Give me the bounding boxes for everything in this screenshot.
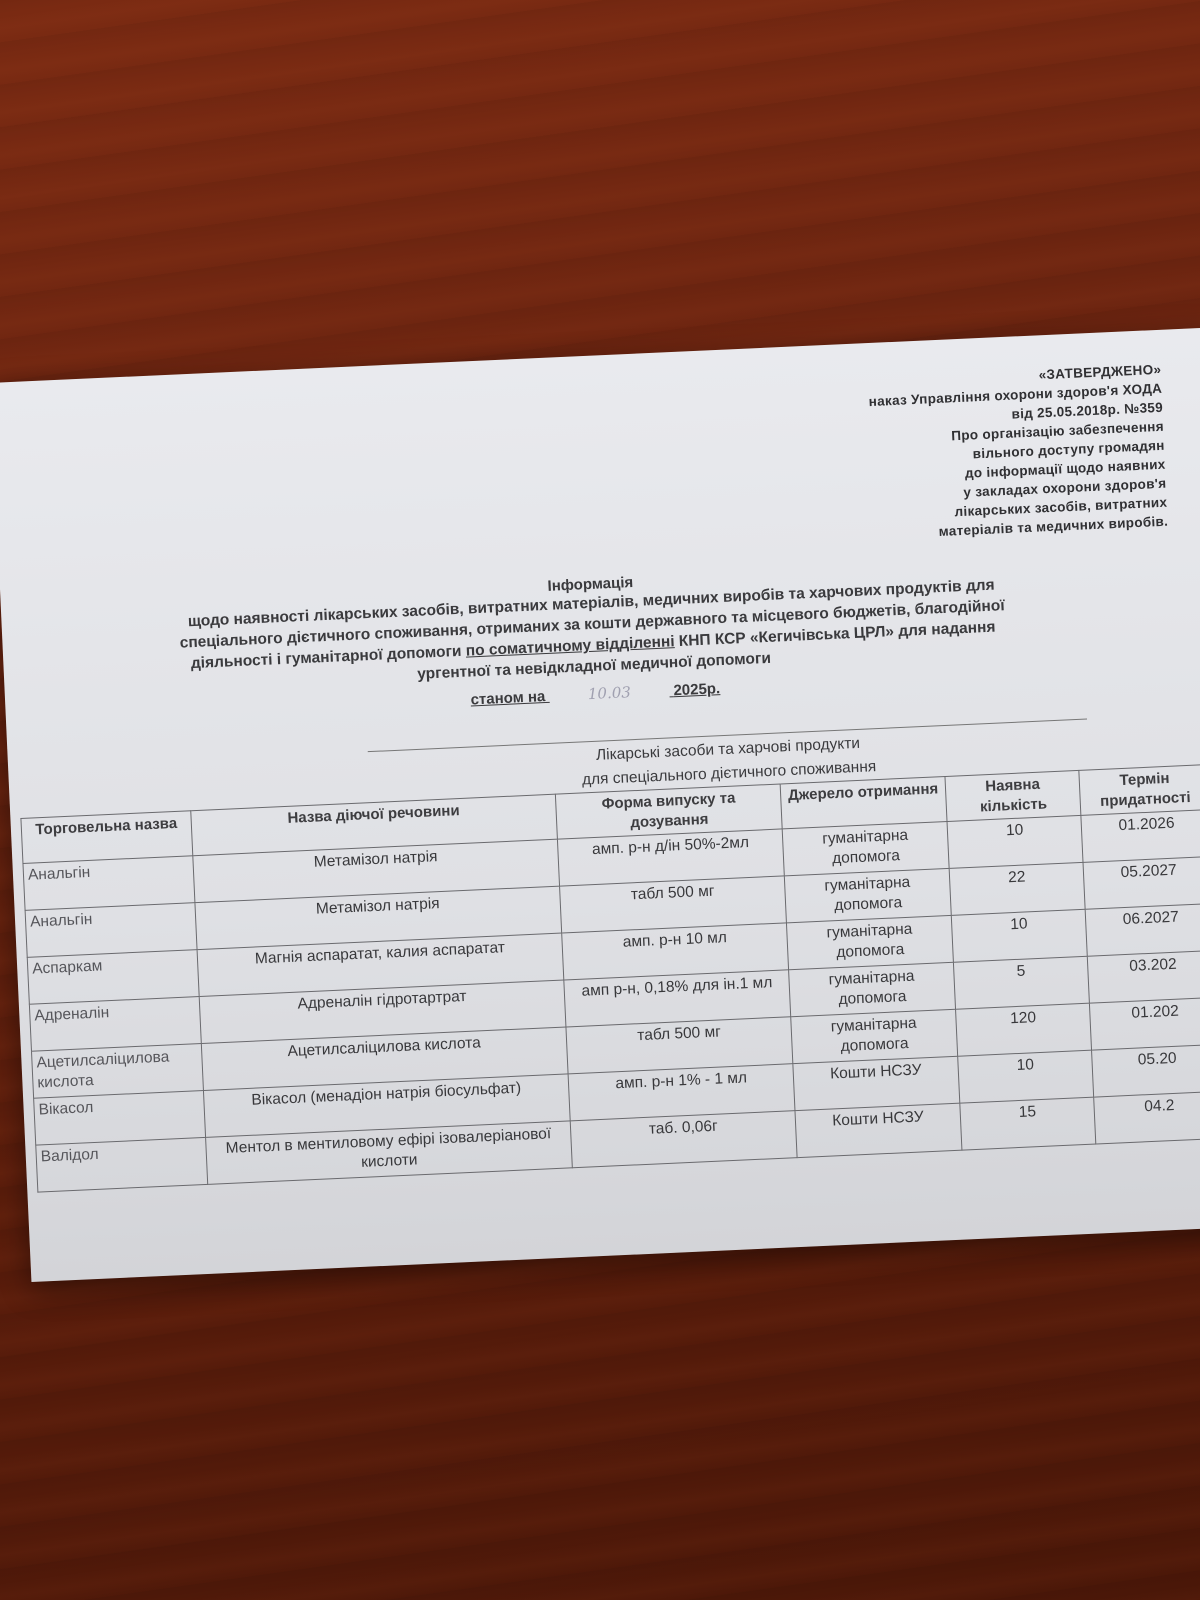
cell-expiry: 05.20: [1092, 1044, 1200, 1097]
cell-expiry: 01.202: [1090, 997, 1200, 1050]
cell-source: гуманітарна допомога: [791, 1009, 958, 1063]
document-sheet: «ЗАТВЕРДЖЕНО» наказ Управління охорони з…: [0, 327, 1200, 1282]
cell-source: Кошти НСЗУ: [793, 1056, 960, 1110]
medicines-table: Торговельна назва Назва діючої речовини …: [20, 764, 1200, 1193]
cell-quantity: 10: [947, 815, 1084, 868]
cell-quantity: 10: [958, 1050, 1095, 1103]
cell-source: Кошти НСЗУ: [795, 1103, 962, 1157]
cell-expiry: 06.2027: [1086, 903, 1200, 956]
cell-quantity: 22: [949, 862, 1086, 915]
cell-quantity: 10: [951, 909, 1088, 962]
cell-source: гуманітарна допомога: [784, 868, 951, 922]
cell-trade-name: Вікасол: [34, 1090, 206, 1145]
cell-expiry: 01.2026: [1081, 809, 1200, 862]
cell-expiry: 05.2027: [1083, 856, 1200, 909]
cell-expiry: 03.202: [1088, 950, 1200, 1003]
cell-trade-name: Анальгін: [25, 903, 197, 958]
cell-expiry: 04.2: [1094, 1091, 1200, 1144]
header-trade-name: Торговельна назва: [21, 811, 193, 864]
cell-quantity: 5: [953, 956, 1090, 1009]
cell-source: гуманітарна допомога: [787, 915, 954, 969]
cell-source: гуманітарна допомога: [782, 821, 949, 875]
handwritten-date: 10.03: [549, 681, 670, 704]
cell-trade-name: Анальгін: [23, 856, 195, 911]
cell-source: гуманітарна допомога: [789, 962, 956, 1016]
cell-trade-name: Адреналін: [29, 997, 201, 1052]
header-source: Джерело отримання: [780, 777, 947, 829]
cell-quantity: 15: [960, 1097, 1097, 1150]
cell-trade-name: Ацетилсаліцилова кислота: [31, 1044, 203, 1099]
info-heading-block: Інформація щодо наявності лікарських зас…: [41, 551, 1146, 728]
cell-trade-name: Валідол: [36, 1137, 208, 1192]
medicines-table-section: Лікарські засоби та харчові продукти для…: [18, 713, 1200, 1193]
approval-stamp-block: «ЗАТВЕРДЖЕНО» наказ Управління охорони з…: [741, 360, 1168, 550]
header-expiry: Термін придатності: [1079, 765, 1200, 816]
cell-trade-name: Аспаркам: [27, 950, 199, 1005]
cell-quantity: 120: [955, 1003, 1092, 1056]
header-quantity: Наявна кількість: [945, 770, 1081, 821]
cell-form: таб. 0,06г: [570, 1111, 797, 1168]
